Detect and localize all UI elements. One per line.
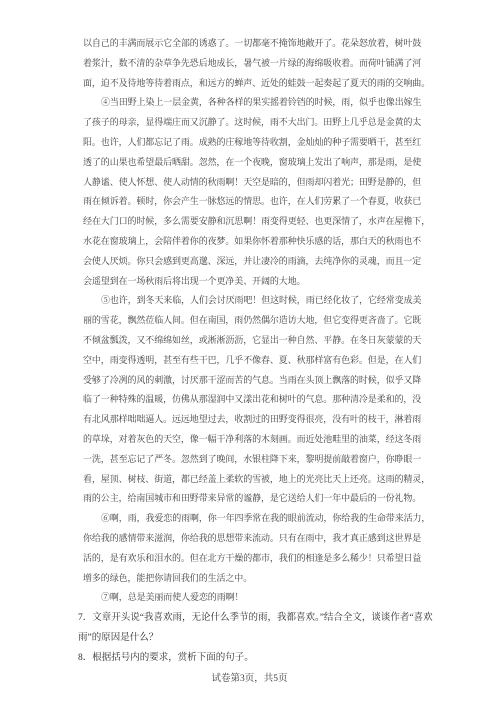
passage-line: 空中，雨变得透明，甚至有些干巴，几乎不像春、夏、秋那样富有色彩。但是，在人们 xyxy=(83,352,428,372)
passage-line: 会遥望到在一场秋雨后将出现一个更净美、开阔的大地。 xyxy=(83,273,428,293)
passage-line-paragraph-6-start: ⑥啊，雨，我爱恋的雨啊，你一年四季常在我的眼前流动，你给我的生命带来活力， xyxy=(83,510,428,530)
page-number-label: 试卷第3页，共5页 xyxy=(211,674,287,684)
passage-line: 活的，是有欢乐和泪水的。但在北方干燥的都市，我们的相逢是多么稀少！只希望日益 xyxy=(83,550,428,570)
passage-line: 看，屋顶、树枝、街道，都已经盖上柔软的雪被，地上的光亮比天上还亮。这雨的精灵， xyxy=(83,471,428,491)
page-footer: 试卷第3页，共5页 xyxy=(0,670,499,684)
passage-line: 阳。也许，人们都忘记了雨。成熟的庄稼地等待收割，金灿灿的种子需要晒干，甚至红 xyxy=(83,134,428,154)
passage-line: 会使人厌烦。你只会感到更高邈、深远，并让凄冷的雨滴，去纯净你的灵魂，而且一定 xyxy=(83,253,428,273)
passage-line: 透了的山果也希望最后晒甜。忽然，在一个夜晚，窗玻璃上发出了响声，那是雨，是使 xyxy=(83,154,428,174)
question-8-line: 8．根据括号内的要求，赏析下面的句子。 xyxy=(78,649,428,669)
passage-line-paragraph-7: ⑦啊，总是美丽而使人爱恋的雨啊！ xyxy=(83,589,428,609)
passage-line: 水花在窗玻璃上，会陪伴着你的夜梦。如果你怀着那种快乐感的话，那白天的秋雨也不 xyxy=(83,233,428,253)
passage-line: 经在大门口的时候，多么需要安静和沉思啊！雨变得更轻、也更深情了，水声在屋檐下， xyxy=(83,213,428,233)
passage-line: 你给我的感情带来滋润，你给我的思想带来流动。只有在雨中，我才真正感到这世界是 xyxy=(83,530,428,550)
passage-line: 丽的雪花，飘然莅临人间。但在南国，雨仍然偶尔造访大地，但它变得更吝啬了。它既 xyxy=(83,312,428,332)
question-7-line: 雨”的原因是什么？ xyxy=(78,629,428,649)
passage-line: 着浆汁，数不清的杂草争先恐后地成长，暑气被一片绿的海绵吸收着。而荷叶铺满了河 xyxy=(83,55,428,75)
passage-line: 一洗，甚至忘记了严冬。忽然到了晚间，水银柱降下来，黎明提前敲着窗户，你睁眼一 xyxy=(83,451,428,471)
passage-line: 的草垛，对着灰色的天空，像一幅干净利落的木刻画。而近处池畦里的油菜，经这冬雨 xyxy=(83,431,428,451)
exam-page: 以自己的丰满而展示它全部的诱惑了。一切都毫不掩饰地敞开了。花朵怒放着，树叶鼓 着… xyxy=(0,0,499,706)
passage-line: 受够了冷冽的风的刺激，讨厌那干涩而苦的气息。当雨在头顶上飘落的时候，似乎又降 xyxy=(83,372,428,392)
passage-line: 以自己的丰满而展示它全部的诱惑了。一切都毫不掩饰地敞开了。花朵怒放着，树叶鼓 xyxy=(83,35,428,55)
passage-line-paragraph-5-start: ⑤也许，到冬天来临，人们会讨厌雨吧！但这时候，雨已经化妆了，它经常变成美 xyxy=(83,292,428,312)
passage-line: 临了一种特殊的温暖，仿佛从那湿润中又漾出花和树叶的气息。那种清冷是柔和的，没 xyxy=(83,391,428,411)
reading-passage: 以自己的丰满而展示它全部的诱惑了。一切都毫不掩饰地敞开了。花朵怒放着，树叶鼓 着… xyxy=(83,35,428,669)
passage-line-paragraph-4-start: ④当田野上染上一层金黄，各种各样的果实摇着铃铛的时候，雨，似乎也像出嫁生 xyxy=(83,94,428,114)
passage-line: 雨的公主，给南国城市和田野带来异常的谧静，是它送给人们一年中最后的一份礼物。 xyxy=(83,490,428,510)
passage-line: 雨在倾诉着。顿时，你会产生一脉悠远的情思。也许，在人们劳累了一个春夏，收获已 xyxy=(83,193,428,213)
passage-line: 面，迫不及待地等待着雨点，和远方的蝉声、近处的蛙鼓一起奏起了夏天的雨的交响曲。 xyxy=(83,75,428,95)
passage-line: 有北风那样咄咄逼人。远远地望过去，收割过的田野变得很亮，没有叶的枝干，淋着雨 xyxy=(83,411,428,431)
passage-line: 人静谧、使人怀想、使人动情的秋雨啊！天空是暗的，但雨却闪着光；田野是静的，但 xyxy=(83,174,428,194)
question-7-line: 7．文章开头说“我喜欢雨，无论什么季节的雨，我都喜欢。”结合全文，谈谈作者“喜欢 xyxy=(78,609,428,629)
passage-line: 了孩子的母亲，显得端庄而又沉静了。这时候，雨不大出门。田野上几乎总是金黄的太 xyxy=(83,114,428,134)
passage-line: 增多的绿色，能把你请回我们的生活之中。 xyxy=(83,570,428,590)
passage-line: 不倾盆瓢泼，又不绵绵如丝，或淅淅沥沥，它显出一种自然、平静。在冬日灰蒙蒙的天 xyxy=(83,332,428,352)
